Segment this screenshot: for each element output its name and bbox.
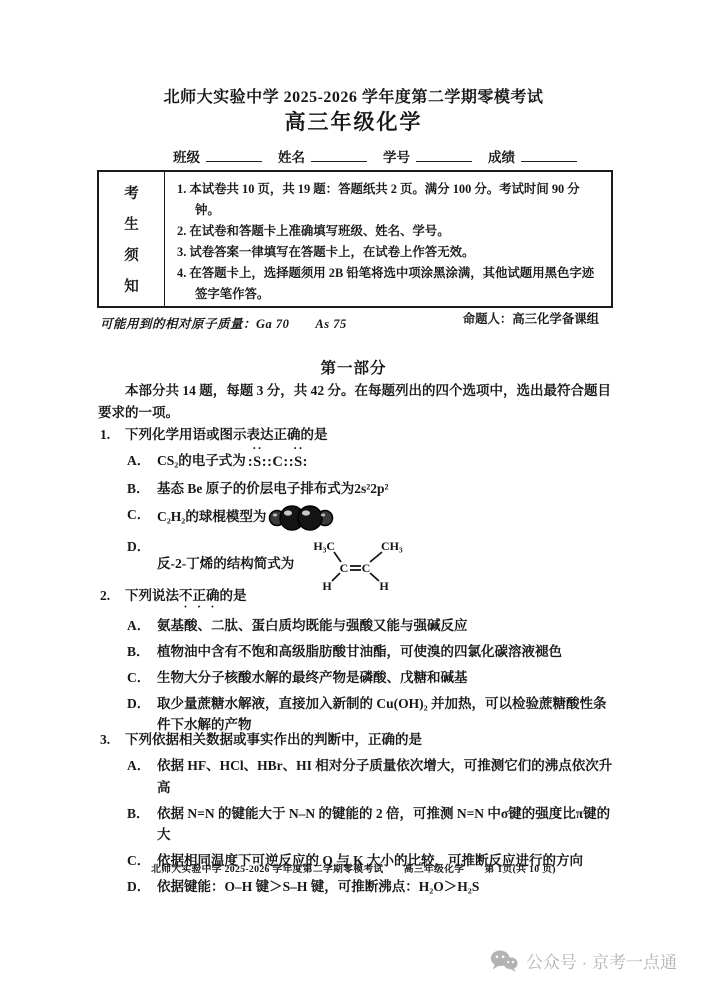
option-b-label: B． <box>127 803 157 847</box>
question-2: 2. 下列说法不正确的是 A． 氨基酸、二肽、蛋白质均既能与强酸又能与强碱反应 … <box>100 585 614 736</box>
section-title: 第一部分 <box>0 356 707 378</box>
exam-paper-page: 北师大实验中学 2025-2026 学年度第二学期零模考试 高三年级化学 班级姓… <box>0 0 707 996</box>
option-a-text: CS₂的电子式为 <box>157 453 246 468</box>
methyl-top-right: CH₃ <box>381 539 403 553</box>
option-d-label: D． <box>127 536 157 592</box>
butene-structural-formula: H₃C CH₃ C C H H <box>302 536 418 592</box>
electron-dot-formula: :˙˙S::C::˙˙S: <box>248 451 308 474</box>
option-b-label: B． <box>127 478 157 500</box>
question-2-option-a: A． 氨基酸、二肽、蛋白质均既能与强酸又能与强碱反应 <box>127 615 614 637</box>
question-1: 1. 下列化学用语或图示表达正确的是 A． CS₂的电子式为:˙˙S::C::˙… <box>100 424 614 592</box>
notice-side-char: 生 <box>124 213 139 234</box>
ef-dots-above-right-s: ˙˙ <box>293 445 304 458</box>
notice-side-char: 须 <box>124 244 139 265</box>
student-id-blank <box>416 148 472 162</box>
wechat-icon <box>490 949 518 973</box>
ef-sulfur-left: ˙˙S <box>253 451 262 474</box>
relative-atomic-masses: 可能用到的相对原子质量：Ga 70 As 75 <box>100 314 347 332</box>
question-2-stem: 2. 下列说法不正确的是 <box>100 585 614 611</box>
question-3-stem: 3. 下列依据相关数据或事实作出的判断中，正确的是 <box>100 729 614 751</box>
question-1-number: 1. <box>100 424 125 446</box>
field-label-class: 班级 <box>173 150 200 165</box>
notice-side-char: 考 <box>124 182 139 203</box>
question-2-number: 2. <box>100 585 125 611</box>
field-label-student-id: 学号 <box>383 150 410 165</box>
question-1-option-a: A． CS₂的电子式为:˙˙S::C::˙˙S: <box>127 450 614 474</box>
option-a-label: A． <box>127 755 157 799</box>
option-a-label: A． <box>127 615 157 637</box>
notice-item-3: 3. 试卷答案一律填写在答题卡上，在试卷上作答无效。 <box>177 242 603 263</box>
option-a-body: CS₂的电子式为:˙˙S::C::˙˙S: <box>157 450 614 474</box>
option-c-text: 生物大分子核酸水解的最终产物是磷酸、戊糖和碱基 <box>157 667 614 689</box>
name-blank <box>311 148 367 162</box>
notice-item-1: 1. 本试卷共 10 页，共 19 题：答题纸共 2 页。满分 100 分。考试… <box>177 179 603 221</box>
option-c-label: C． <box>127 504 157 532</box>
watermark: 公众号 · 京考一点通 <box>490 948 677 973</box>
methyl-top-left: H₃C <box>314 539 336 553</box>
exam-title: 北师大实验中学 2025-2026 学年度第二学期零模考试 <box>0 84 707 107</box>
question-3-option-a: A． 依据 HF、HCl、HBr、HI 相对分子质量依次增大，可推测它们的沸点依… <box>127 755 614 799</box>
question-3-number: 3. <box>100 729 125 751</box>
option-c-body: C₂H₂的球棍模型为 <box>157 504 614 532</box>
emphasized-incorrect: 不正确 <box>179 588 220 603</box>
carbon-left: C <box>340 561 349 575</box>
question-1-stem: 1. 下列化学用语或图示表达正确的是 <box>100 424 614 446</box>
option-d-text: 依据键能：O–H 键＞S–H 键，可推断沸点：H₂O＞H₂S <box>157 876 614 898</box>
question-1-option-b: B． 基态 Be 原子的价层电子排布式为2s²2p² <box>127 478 614 500</box>
option-b-text: 植物油中含有不饱和高级脂肪酸甘油酯，可使溴的四氯化碳溶液褪色 <box>157 641 614 663</box>
question-2-option-b: B． 植物油中含有不饱和高级脂肪酸甘油酯，可使溴的四氯化碳溶液褪色 <box>127 641 614 663</box>
notice-item-2: 2. 在试卷和答题卡上准确填写班级、姓名、学号。 <box>177 221 603 242</box>
question-1-option-c: C． C₂H₂的球棍模型为 <box>127 504 614 532</box>
section-intro: 本部分共 14 题，每题 3 分，共 42 分。在每题列出的四个选项中，选出最符… <box>98 380 614 424</box>
option-d-text: 反-2-丁烯的结构简式为 <box>157 553 294 575</box>
option-a-text: 依据 HF、HCl、HBr、HI 相对分子质量依次增大，可推测它们的沸点依次升高 <box>157 755 614 799</box>
watermark-text: 公众号 · 京考一点通 <box>526 948 677 973</box>
score-blank <box>521 148 577 162</box>
option-b-label: B． <box>127 641 157 663</box>
question-1-option-d: D． 反-2-丁烯的结构简式为 H₃C CH₃ C C H H <box>127 536 614 592</box>
question-3-stem-text: 下列依据相关数据或事实作出的判断中，正确的是 <box>125 729 422 751</box>
ef-sulfur-right: ˙˙S <box>294 451 303 474</box>
field-label-score: 成绩 <box>488 150 515 165</box>
question-3-option-d: D． 依据键能：O–H 键＞S–H 键，可推断沸点：H₂O＞H₂S <box>127 876 614 898</box>
option-b-text: 依据 N=N 的键能大于 N–N 的键能的 2 倍，可推测 N=N 中σ键的强度… <box>157 803 614 847</box>
option-c-label: C． <box>127 667 157 689</box>
notice-item-4: 4. 在答题卡上，选择题须用 2B 铅笔将选中项涂黑涂满，其他试题用黑色字迹签字… <box>177 263 603 305</box>
page-footer: 北师大实验中学 2025-2026 学年度第二学期零模考试 高三年级化学 第 1… <box>0 861 707 875</box>
class-blank <box>206 148 262 162</box>
field-label-name: 姓名 <box>278 150 305 165</box>
option-a-text: 氨基酸、二肽、蛋白质均既能与强酸又能与强碱反应 <box>157 615 614 637</box>
ef-dots-above-left-s: ˙˙ <box>252 445 263 458</box>
option-a-label: A． <box>127 450 157 474</box>
option-d-body: 反-2-丁烯的结构简式为 H₃C CH₃ C C H H <box>157 536 614 592</box>
ef-carbon: C <box>272 454 283 470</box>
option-b-text: 基态 Be 原子的价层电子排布式为2s²2p² <box>157 478 614 500</box>
student-info-line: 班级姓名学号成绩 <box>173 146 593 166</box>
ef-double-dots-1: :: <box>262 454 273 470</box>
question-3-option-b: B． 依据 N=N 的键能大于 N–N 的键能的 2 倍，可推测 N=N 中σ键… <box>127 803 614 847</box>
question-2-stem-text: 下列说法不正确的是 <box>125 585 247 611</box>
option-d-label: D． <box>127 876 157 898</box>
notice-items: 1. 本试卷共 10 页，共 19 题：答题纸共 2 页。满分 100 分。考试… <box>165 172 611 306</box>
option-c-text: C₂H₂的球棍模型为 <box>157 509 266 524</box>
question-1-stem-text: 下列化学用语或图示表达正确的是 <box>125 424 328 446</box>
exam-subtitle: 高三年级化学 <box>0 106 707 136</box>
question-2-option-c: C． 生物大分子核酸水解的最终产物是磷酸、戊糖和碱基 <box>127 667 614 689</box>
notice-side-label: 考 生 须 知 <box>99 172 165 306</box>
carbon-right: C <box>362 561 371 575</box>
notice-side-char: 知 <box>124 275 139 296</box>
ball-and-stick-model-icon <box>268 504 334 532</box>
candidate-notice-box: 考 生 须 知 1. 本试卷共 10 页，共 19 题：答题纸共 2 页。满分 … <box>97 170 613 308</box>
